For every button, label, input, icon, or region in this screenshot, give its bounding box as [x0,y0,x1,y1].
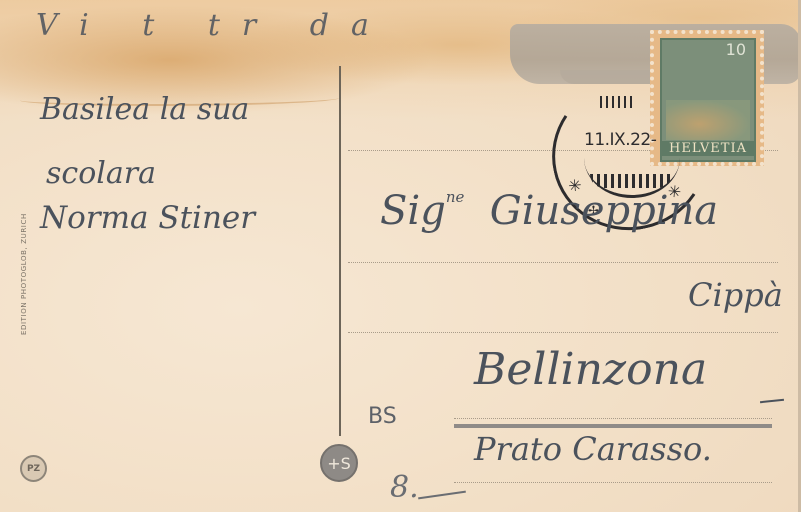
address-line-4 [454,418,772,419]
pz-logo-icon: PZ [20,455,47,482]
postmark-date: 11.IX.22- [584,130,656,150]
postmark-top-hatch [600,96,634,108]
s-logo-text: +S [327,454,351,473]
recipient-surname: Cippà [688,276,783,314]
stamp-value: 10 [726,40,746,59]
address-line-5 [454,482,772,483]
pz-logo-text: PZ [27,464,40,474]
message-line-1: Basilea la sua [40,92,249,127]
s-logo-icon: +S [320,444,358,482]
recipient-city: Bellinzona [474,344,707,395]
message-signature: Norma Stiner [40,200,255,236]
pencil-note-code: BS [368,404,397,429]
city-dash [760,399,784,403]
postcard-back: Vi t tr da EDITION PHOTOGLOB, ZURICH Bas… [0,0,801,512]
salutation-suffix: ne [446,188,465,206]
postmark-hatch [590,174,672,188]
salutation: Sig [380,188,446,234]
address-salutation: Signe Giuseppina [380,188,718,234]
address-line-3 [348,332,778,333]
address-line-2 [348,262,778,263]
publisher-imprint-text: EDITION PHOTOGLOB, ZURICH [20,213,28,335]
top-scrawl: Vi t tr da [36,8,346,58]
pencil-dash [418,491,466,500]
address-underline [454,424,772,428]
recipient-street: Prato Carasso. [474,430,712,468]
center-divider [339,66,341,436]
recipient-first-name: Giuseppina [490,188,718,234]
pencil-note-number: 8. [390,470,419,505]
message-line-2: scolara [46,156,156,191]
